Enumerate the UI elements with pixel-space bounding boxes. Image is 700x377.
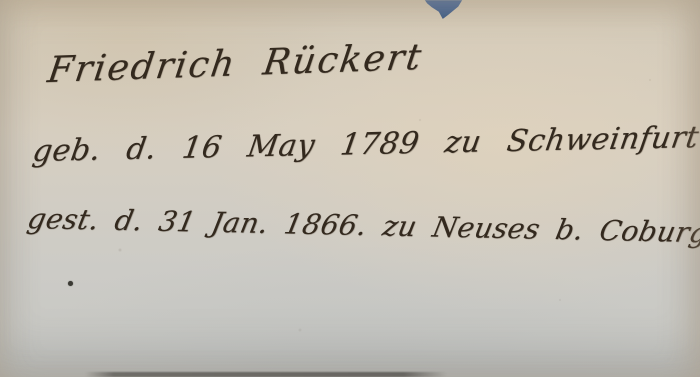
blue-edge-mark: [424, 0, 463, 19]
handwriting-line-death: gest. d. 31 Jan. 1866. zu Neuses b. Cobu…: [25, 202, 700, 249]
stray-ink-dot: [68, 281, 73, 286]
manuscript-page: Friedrich Rückert geb. d. 16 May 1789 zu…: [0, 0, 700, 377]
handwriting-line-birth: geb. d. 16 May 1789 zu Schweinfurt: [30, 120, 700, 169]
handwriting-line-name: Friedrich Rückert: [45, 37, 425, 91]
page-bottom-shadow: [85, 372, 447, 377]
